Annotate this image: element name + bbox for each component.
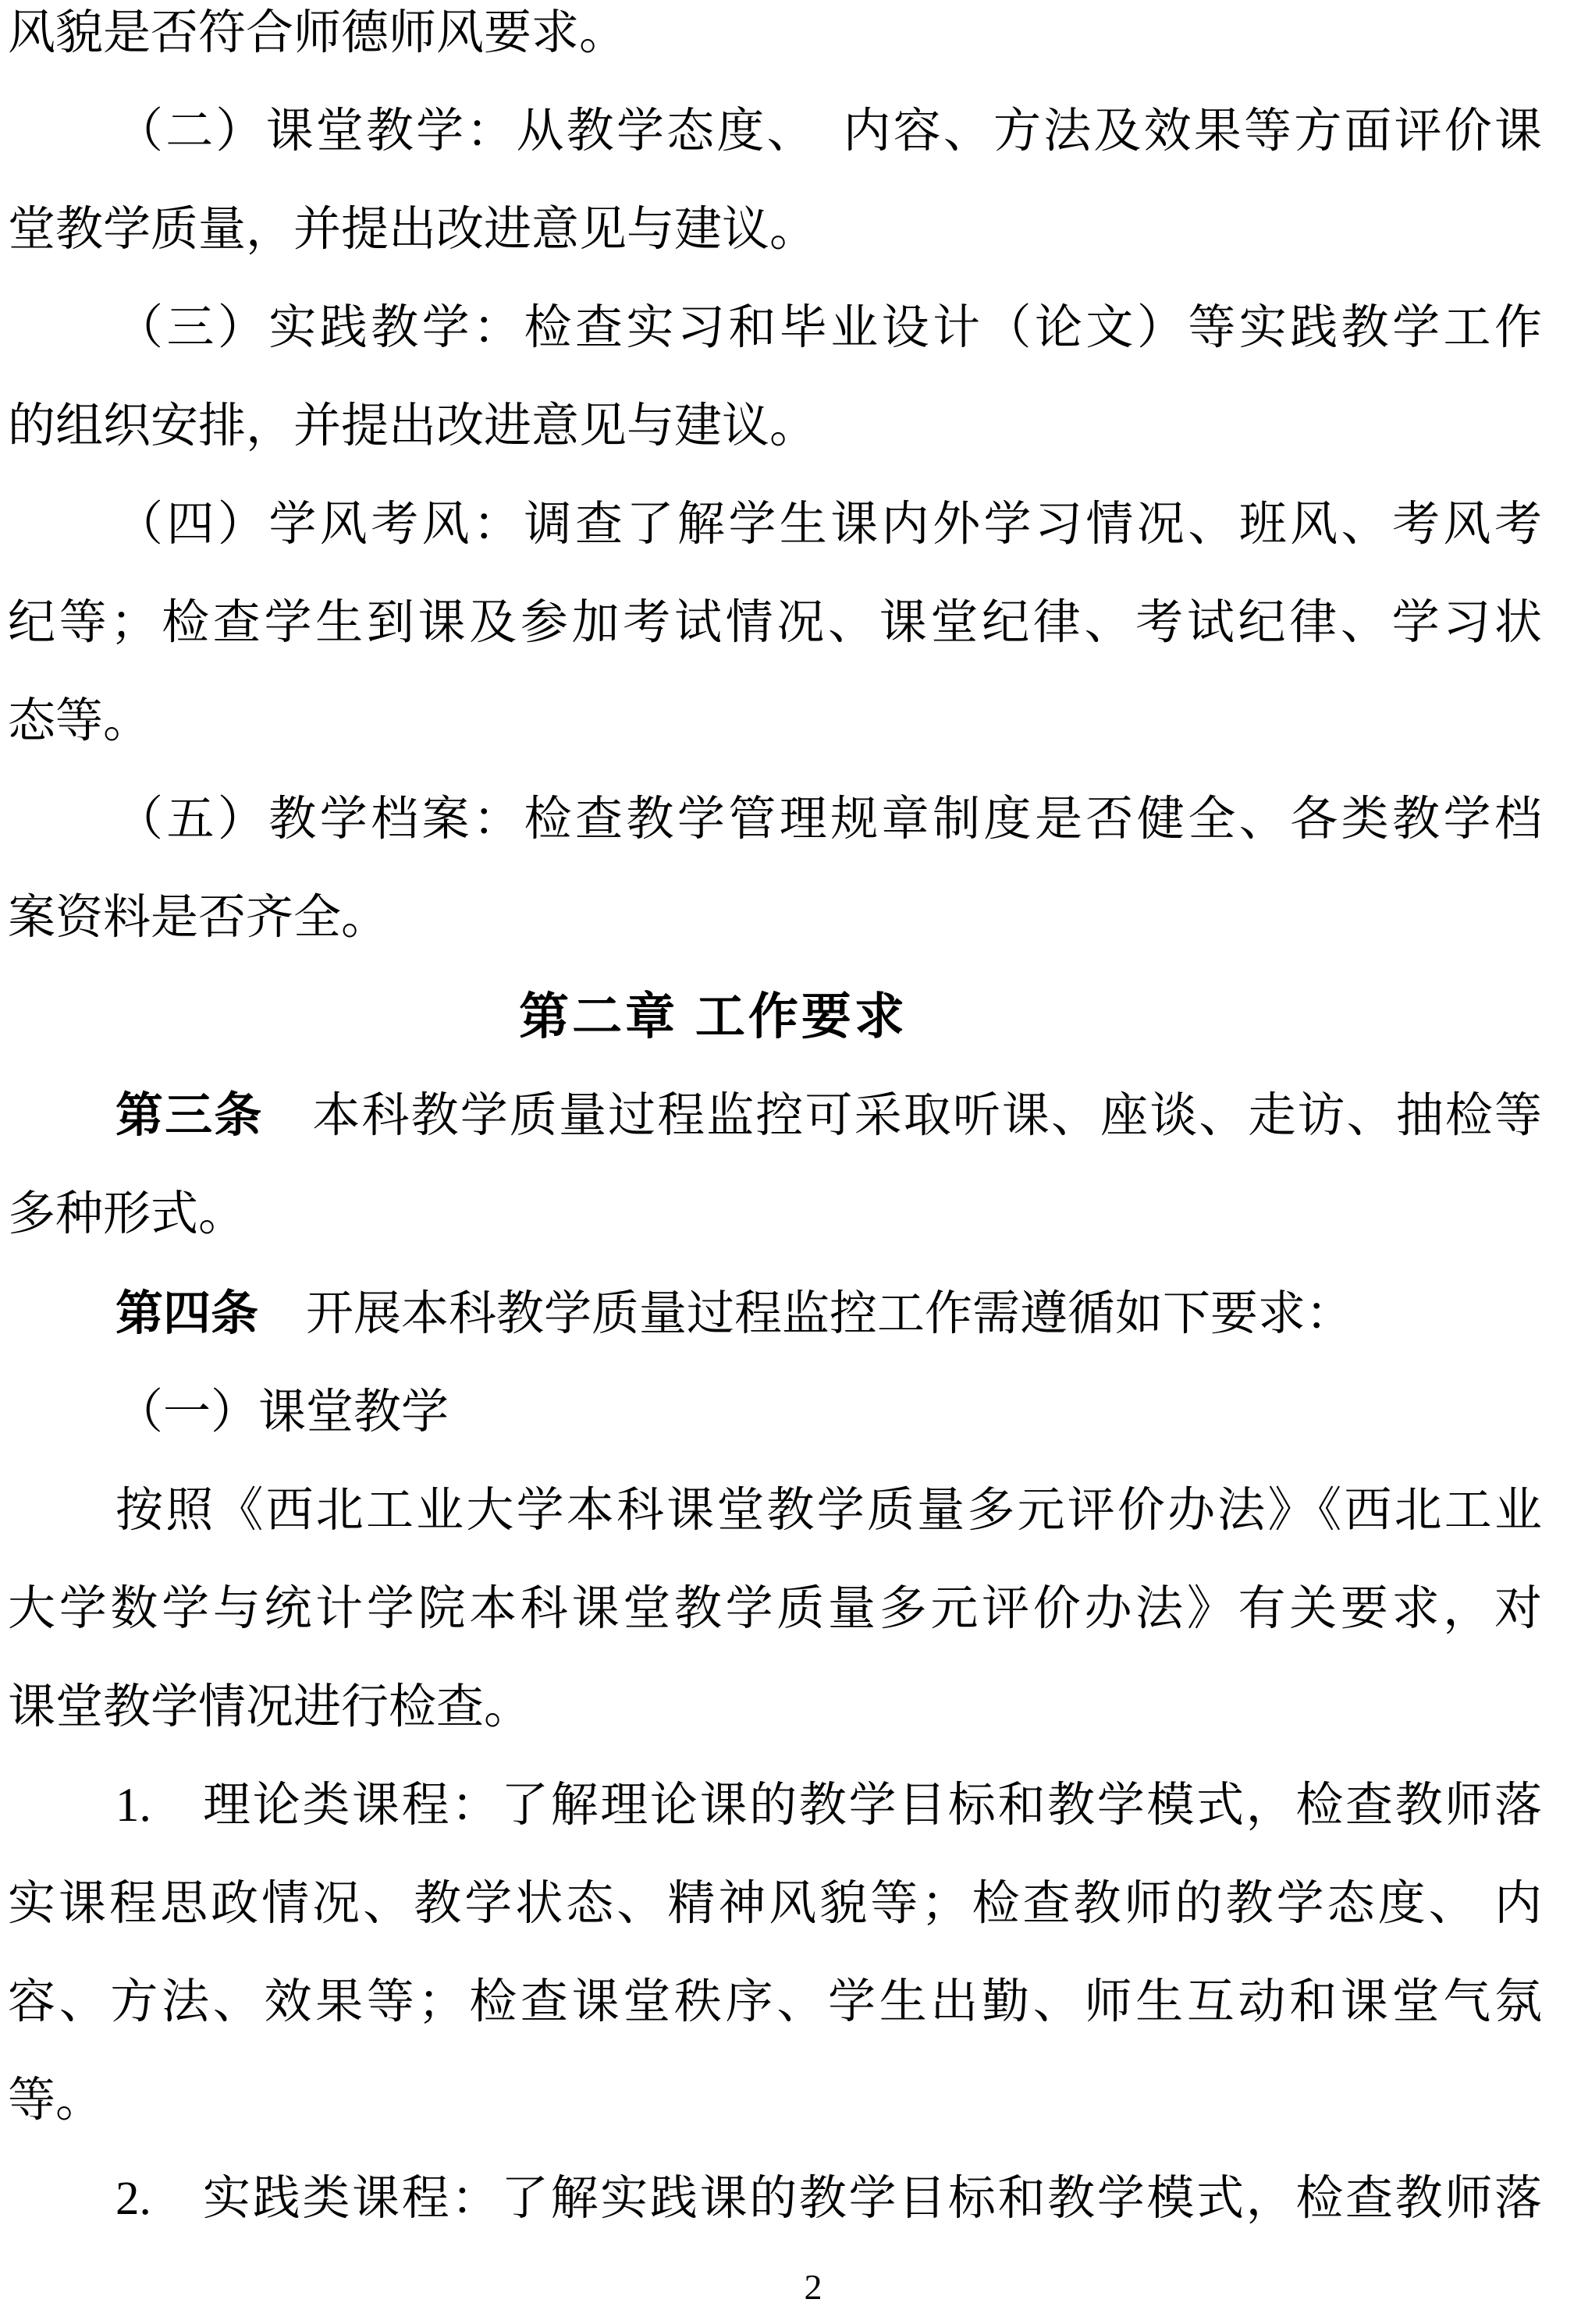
text-line: 大学数学与统计学院本科课堂教学质量多元评价办法》有关要求，对 [8, 1560, 1542, 1659]
paragraph-line: （三）实践教学：检查实习和毕业设计（论文）等实践教学工作 [8, 279, 1542, 378]
document-body: 风貌是否符合师德师风要求。 （二）课堂教学：从教学态度、 内容、方法及效果等方面… [8, 0, 1542, 2248]
text-line: 案资料是否齐全。 [8, 869, 1542, 967]
text-line: 容、方法、效果等；检查课堂秩序、学生出勤、师生互动和课堂气氛 [8, 1953, 1542, 2052]
text-line: 堂教学质量，并提出改进意见与建议。 [8, 181, 1542, 279]
numbered-item-line: 2. 实践类课程：了解实践课的教学目标和教学模式，检查教师落 [8, 2150, 1542, 2248]
text-line: 风貌是否符合师德师风要求。 [8, 0, 1542, 83]
paragraph-line: 第三条 本科教学质量过程监控可采取听课、座谈、走访、抽检等 [8, 1066, 1542, 1166]
text-line: 实课程思政情况、教学状态、精神风貌等；检查教师的教学态度、 内 [8, 1855, 1542, 1953]
text-line: 纪等；检查学生到课及参加考试情况、课堂纪律、考试纪律、学习状 [8, 574, 1542, 672]
paragraph-line: 第四条 开展本科教学质量过程监控工作需遵循如下要求： [8, 1264, 1542, 1364]
article-number-bold: 第三条 [115, 1088, 263, 1141]
text-run: 开展本科教学质量过程监控工作需遵循如下要求： [258, 1288, 1353, 1340]
paragraph-line: （二）课堂教学：从教学态度、 内容、方法及效果等方面评价课 [8, 83, 1542, 181]
text-run: 本科教学质量过程监控可采取听课、座谈、走访、抽检等 [263, 1090, 1542, 1142]
text-line: 课堂教学情况进行检查。 [8, 1659, 1542, 1757]
document-page: { "doc": { "page_number": "2", "heading"… [0, 0, 1581, 2324]
paragraph-line: 按照《西北工业大学本科课堂教学质量多元评价办法》《西北工业 [8, 1462, 1542, 1560]
article-number-bold: 第四条 [115, 1286, 258, 1339]
chapter-heading: 第二章 工作要求 [8, 967, 1542, 1066]
paragraph-line: （五）教学档案：检查教学管理规章制度是否健全、各类教学档 [8, 771, 1542, 869]
text-line: 的组织安排，并提出改进意见与建议。 [8, 378, 1542, 476]
page-number: 2 [0, 2262, 1581, 2312]
text-line: 等。 [8, 2052, 1542, 2150]
text-line: 态等。 [8, 672, 1542, 771]
paragraph-line: （四）学风考风：调查了解学生课内外学习情况、班风、考风考 [8, 476, 1542, 574]
paragraph-line: （一）课堂教学 [8, 1364, 1542, 1462]
text-line: 多种形式。 [8, 1166, 1542, 1264]
numbered-item-line: 1. 理论类课程：了解理论课的教学目标和教学模式，检查教师落 [8, 1757, 1542, 1855]
